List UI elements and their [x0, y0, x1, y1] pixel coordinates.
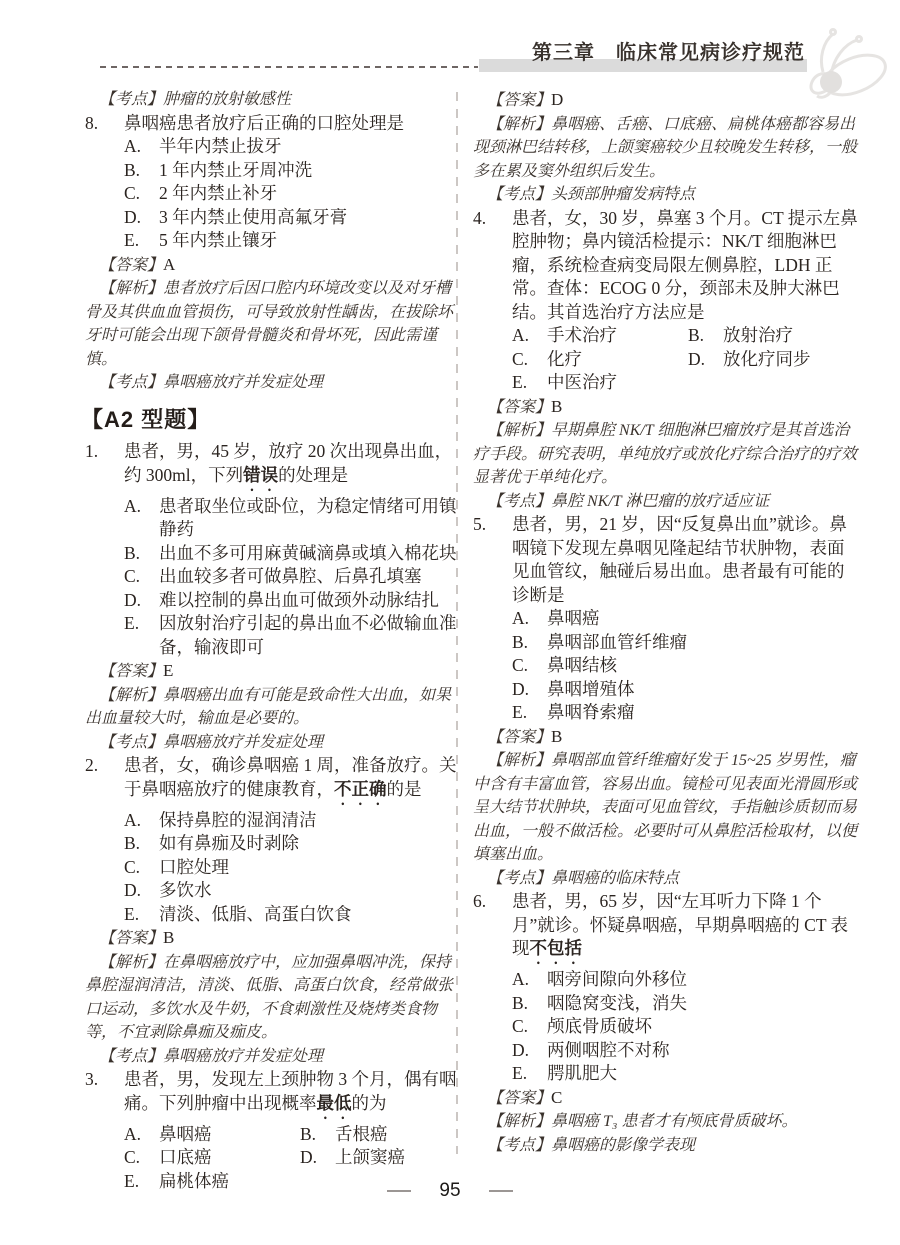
- option-letter: B.: [512, 992, 547, 1016]
- analysis-paragraph: 【解析】在鼻咽癌放疗中，应加强鼻咽冲洗，保持鼻腔湿润清洁，清淡、低脂、高蛋白饮食…: [85, 951, 457, 1045]
- question-body: 患者，男，65 岁，因“左耳听力下降 1 个月”就诊。怀疑鼻咽癌，早期鼻咽癌的 …: [512, 890, 858, 1086]
- option-text: 化疗: [547, 348, 688, 372]
- right-column: 【答案】D 【解析】鼻咽癌、舌癌、口底癌、扁桃体癌都容易出现颈淋巴结转移，上颌窦…: [473, 88, 858, 1157]
- option-a: A.患者取坐位或卧位，为稳定情绪可用镇静药: [124, 495, 457, 542]
- option-letter: E.: [124, 612, 159, 636]
- option-d: D.两侧咽腔不对称: [512, 1039, 858, 1063]
- option-text: 咽旁间隙向外移位: [547, 968, 858, 992]
- option-letter: A.: [124, 495, 159, 519]
- option-letter: C.: [124, 565, 159, 589]
- option-letter: D.: [124, 206, 159, 230]
- answer-line: 【答案】B: [473, 395, 858, 420]
- analysis-label: 【解析】: [99, 954, 163, 971]
- option-b: B.咽隐窝变浅，消失: [512, 992, 858, 1016]
- option-b: B.放射治疗: [688, 324, 858, 348]
- question-number: 1.: [85, 440, 124, 464]
- point-text: 鼻咽癌的临床特点: [551, 870, 679, 887]
- question-number: 4.: [473, 207, 512, 231]
- question-body: 鼻咽癌患者放疗后正确的口腔处理是 A.半年内禁止拔牙 B.1 年内禁止牙周冲洗 …: [124, 112, 457, 253]
- analysis-label: 【解析】: [99, 280, 163, 297]
- option-a: A.鼻咽癌: [124, 1123, 300, 1147]
- option-letter: D.: [124, 589, 159, 613]
- option-letter: A.: [512, 324, 547, 348]
- option-text: 多饮水: [159, 879, 457, 903]
- analysis-paragraph: 【解析】患者放疗后因口腔内环境改变以及对牙槽骨及其供血血管损伤，可导致放射性龋齿…: [85, 277, 457, 371]
- option-d: D.放化疗同步: [688, 348, 858, 372]
- option-a: A.咽旁间隙向外移位: [512, 968, 858, 992]
- question-body: 患者，女，确诊鼻咽癌 1 周，准备放疗。关于鼻咽癌放疗的健康教育，不正确的是 A…: [124, 754, 457, 926]
- option-b: B.如有鼻痂及时剥除: [124, 832, 457, 856]
- page-footer: 95: [0, 1180, 900, 1202]
- option-letter: B.: [124, 159, 159, 183]
- point-label: 【考点】: [487, 493, 551, 510]
- point-text: 鼻咽癌的影像学表现: [551, 1137, 695, 1154]
- option-b: B.出血不多可用麻黄碱滴鼻或填入棉花块: [124, 542, 457, 566]
- question-number: 6.: [473, 890, 512, 914]
- option-letter: B.: [124, 542, 159, 566]
- stem-emphasis: 不包括: [530, 938, 583, 958]
- option-letter: C.: [124, 856, 159, 880]
- option-text: 清淡、低脂、高蛋白饮食: [159, 903, 457, 927]
- point-label: 【考点】: [487, 870, 551, 887]
- question-number: 8.: [85, 112, 124, 136]
- question-6: 6. 患者，男，65 岁，因“左耳听力下降 1 个月”就诊。怀疑鼻咽癌，早期鼻咽…: [473, 890, 858, 1086]
- option-text: 出血不多可用麻黄碱滴鼻或填入棉花块: [159, 542, 457, 566]
- answer-label: 【答案】: [487, 92, 551, 109]
- option-letter: B.: [300, 1123, 335, 1147]
- footer-dash: [489, 1190, 513, 1192]
- question-body: 患者，男，45 岁，放疗 20 次出现鼻出血，约 300ml，下列错误的处理是 …: [124, 440, 457, 659]
- answer-line: 【答案】D: [473, 88, 858, 113]
- option-letter: B.: [688, 324, 723, 348]
- question-stem: 鼻咽癌患者放疗后正确的口腔处理是: [124, 112, 457, 136]
- answer-line: 【答案】B: [85, 926, 457, 951]
- option-e: E.5 年内禁止镶牙: [124, 229, 457, 253]
- question-5: 5. 患者，男，21 岁，因“反复鼻出血”就诊。鼻咽镜下发现左鼻咽见隆起结节状肿…: [473, 513, 858, 725]
- option-letter: C.: [512, 654, 547, 678]
- point-text: 鼻咽癌放疗并发症处理: [163, 374, 323, 391]
- point-label: 【考点】: [99, 91, 163, 108]
- question-stem: 患者，男，65 岁，因“左耳听力下降 1 个月”就诊。怀疑鼻咽癌，早期鼻咽癌的 …: [512, 890, 858, 968]
- stem-text: 患者，女，30 岁，鼻塞 3 个月。CT 提示左鼻腔肿物；鼻内镜活检提示：NK/…: [512, 208, 858, 322]
- option-c: C.出血较多者可做鼻腔、后鼻孔填塞: [124, 565, 457, 589]
- option-text: 半年内禁止拔牙: [159, 135, 457, 159]
- question-number: 5.: [473, 513, 512, 537]
- exam-point-line: 【考点】鼻咽癌的临床特点: [473, 867, 858, 891]
- option-text: 鼻咽增殖体: [547, 678, 858, 702]
- question-8: 8. 鼻咽癌患者放疗后正确的口腔处理是 A.半年内禁止拔牙 B.1 年内禁止牙周…: [85, 112, 457, 253]
- answer-label: 【答案】: [487, 399, 551, 416]
- point-label: 【考点】: [487, 186, 551, 203]
- question-stem: 患者，女，确诊鼻咽癌 1 周，准备放疗。关于鼻咽癌放疗的健康教育，不正确的是: [124, 754, 457, 809]
- question-2: 2. 患者，女，确诊鼻咽癌 1 周，准备放疗。关于鼻咽癌放疗的健康教育，不正确的…: [85, 754, 457, 926]
- question-stem: 患者，女，30 岁，鼻塞 3 个月。CT 提示左鼻腔肿物；鼻内镜活检提示：NK/…: [512, 207, 858, 325]
- analysis-text: 鼻咽癌 T₃ 患者才有颅底骨质破坏。: [551, 1113, 797, 1130]
- question-number: 3.: [85, 1068, 124, 1092]
- point-label: 【考点】: [99, 734, 163, 751]
- stem-text: 的是: [387, 779, 422, 799]
- option-a: A.鼻咽癌: [512, 607, 858, 631]
- option-letter: A.: [124, 809, 159, 833]
- stem-text: 患者，男，发现左上颈肿物 3 个月，偶有咽痛。下列肿瘤中出现概率: [124, 1069, 457, 1113]
- option-row: A.鼻咽癌 B.舌根癌: [124, 1123, 457, 1147]
- option-row: C.口底癌 D.上颌窦癌: [124, 1146, 457, 1170]
- option-text: 3 年内禁止使用高氟牙膏: [159, 206, 457, 230]
- answer-line: 【答案】A: [85, 253, 457, 278]
- answer-letter: C: [551, 1088, 562, 1107]
- option-text: 2 年内禁止补牙: [159, 182, 457, 206]
- option-d: D.多饮水: [124, 879, 457, 903]
- option-letter: D.: [512, 1039, 547, 1063]
- analysis-paragraph: 【解析】鼻咽部血管纤维瘤好发于 15~25 岁男性，瘤中含有丰富血管，容易出血。…: [473, 749, 858, 867]
- option-b: B.舌根癌: [300, 1123, 457, 1147]
- option-text: 颅底骨质破坏: [547, 1015, 858, 1039]
- answer-line: 【答案】E: [85, 659, 457, 684]
- stem-emphasis: 错误: [243, 465, 278, 485]
- point-label: 【考点】: [487, 1137, 551, 1154]
- left-column: 【考点】肿瘤的放射敏感性 8. 鼻咽癌患者放疗后正确的口腔处理是 A.半年内禁止…: [85, 88, 457, 1193]
- option-letter: C.: [124, 182, 159, 206]
- point-text: 鼻腔 NK/T 淋巴瘤的放疗适应证: [551, 493, 769, 510]
- answer-letter: E: [163, 661, 173, 680]
- question-number: 2.: [85, 754, 124, 778]
- option-d: D.上颌窦癌: [300, 1146, 457, 1170]
- answer-label: 【答案】: [99, 663, 163, 680]
- analysis-paragraph: 【解析】鼻咽癌、舌癌、口底癌、扁桃体癌都容易出现颈淋巴结转移，上颌窦癌较少且较晚…: [473, 113, 858, 184]
- stem-text: 的为: [352, 1093, 387, 1113]
- analysis-label: 【解析】: [487, 1113, 551, 1130]
- option-text: 放化疗同步: [723, 348, 858, 372]
- option-text: 鼻咽脊索瘤: [547, 701, 858, 725]
- answer-label: 【答案】: [99, 930, 163, 947]
- option-letter: E.: [512, 701, 547, 725]
- option-text: 出血较多者可做鼻腔、后鼻孔填塞: [159, 565, 457, 589]
- option-text: 鼻咽癌: [547, 607, 858, 631]
- option-text: 1 年内禁止牙周冲洗: [159, 159, 457, 183]
- option-text: 舌根癌: [335, 1123, 457, 1147]
- exam-point-line: 【考点】鼻咽癌放疗并发症处理: [85, 731, 457, 755]
- option-letter: E.: [124, 903, 159, 927]
- option-text: 两侧咽腔不对称: [547, 1039, 858, 1063]
- option-text: 中医治疗: [547, 371, 858, 395]
- option-text: 鼻咽癌: [159, 1123, 300, 1147]
- question-body: 患者，男，发现左上颈肿物 3 个月，偶有咽痛。下列肿瘤中出现概率最低的为 A.鼻…: [124, 1068, 457, 1193]
- option-letter: D.: [688, 348, 723, 372]
- option-row: A.手术治疗 B.放射治疗: [512, 324, 858, 348]
- point-label: 【考点】: [99, 1048, 163, 1065]
- option-e: E.鼻咽脊索瘤: [512, 701, 858, 725]
- analysis-label: 【解析】: [99, 687, 163, 704]
- analysis-label: 【解析】: [487, 116, 551, 133]
- option-letter: D.: [300, 1146, 335, 1170]
- answer-letter: B: [551, 397, 562, 416]
- option-letter: A.: [124, 1123, 159, 1147]
- question-body: 患者，女，30 岁，鼻塞 3 个月。CT 提示左鼻腔肿物；鼻内镜活检提示：NK/…: [512, 207, 858, 395]
- chapter-title: 第三章 临床常见病诊疗规范: [532, 36, 805, 65]
- answer-letter: D: [551, 90, 563, 109]
- option-letter: C.: [124, 1146, 159, 1170]
- exam-point-line: 【考点】鼻咽癌放疗并发症处理: [85, 371, 457, 395]
- analysis-paragraph: 【解析】鼻咽癌 T₃ 患者才有颅底骨质破坏。: [473, 1110, 858, 1134]
- option-b: B.1 年内禁止牙周冲洗: [124, 159, 457, 183]
- option-letter: A.: [124, 135, 159, 159]
- answer-line: 【答案】B: [473, 725, 858, 750]
- option-e: E.中医治疗: [512, 371, 858, 395]
- option-b: B.鼻咽部血管纤维瘤: [512, 631, 858, 655]
- option-letter: A.: [512, 607, 547, 631]
- option-text: 口底癌: [159, 1146, 300, 1170]
- option-text: 因放射治疗引起的鼻出血不必做输血准备，输液即可: [159, 612, 457, 659]
- header-dashed-line: [100, 66, 478, 68]
- answer-letter: B: [551, 727, 562, 746]
- option-text: 手术治疗: [547, 324, 688, 348]
- option-c: C.鼻咽结核: [512, 654, 858, 678]
- point-text: 肿瘤的放射敏感性: [163, 91, 291, 108]
- answer-letter: B: [163, 928, 174, 947]
- exam-point-line: 【考点】头颈部肿瘤发病特点: [473, 183, 858, 207]
- page-number: 95: [439, 1180, 460, 1202]
- analysis-label: 【解析】: [487, 752, 551, 769]
- option-e: E.腭肌肥大: [512, 1062, 858, 1086]
- option-c: C.口腔处理: [124, 856, 457, 880]
- option-letter: E.: [512, 1062, 547, 1086]
- point-text: 头颈部肿瘤发病特点: [551, 186, 695, 203]
- option-text: 腭肌肥大: [547, 1062, 858, 1086]
- question-stem: 患者，男，45 岁，放疗 20 次出现鼻出血，约 300ml，下列错误的处理是: [124, 440, 457, 495]
- option-text: 鼻咽结核: [547, 654, 858, 678]
- option-a: A.保持鼻腔的湿润清洁: [124, 809, 457, 833]
- answer-line: 【答案】C: [473, 1086, 858, 1111]
- option-letter: B.: [512, 631, 547, 655]
- stem-emphasis: 不正确: [334, 779, 387, 799]
- option-text: 5 年内禁止镶牙: [159, 229, 457, 253]
- question-stem: 患者，男，21 岁，因“反复鼻出血”就诊。鼻咽镜下发现左鼻咽见隆起结节状肿物，表…: [512, 513, 858, 607]
- option-text: 咽隐窝变浅，消失: [547, 992, 858, 1016]
- option-text: 患者取坐位或卧位，为稳定情绪可用镇静药: [159, 495, 457, 542]
- option-letter: C.: [512, 1015, 547, 1039]
- analysis-paragraph: 【解析】早期鼻腔 NK/T 细胞淋巴瘤放疗是其首选治疗手段。研究表明，单纯放疗或…: [473, 419, 858, 490]
- exam-point-line: 【考点】鼻咽癌的影像学表现: [473, 1134, 858, 1158]
- question-1: 1. 患者，男，45 岁，放疗 20 次出现鼻出血，约 300ml，下列错误的处…: [85, 440, 457, 659]
- stem-text: 鼻咽癌患者放疗后正确的口腔处理是: [124, 113, 404, 133]
- analysis-label: 【解析】: [487, 422, 551, 439]
- question-stem: 患者，男，发现左上颈肿物 3 个月，偶有咽痛。下列肿瘤中出现概率最低的为: [124, 1068, 457, 1123]
- exam-point-line: 【考点】鼻咽癌放疗并发症处理: [85, 1045, 457, 1069]
- answer-letter: A: [163, 255, 175, 274]
- point-label: 【考点】: [99, 374, 163, 391]
- analysis-paragraph: 【解析】鼻咽癌出血有可能是致命性大出血，如果出血量较大时，输血是必要的。: [85, 684, 457, 731]
- exam-point-line: 【考点】肿瘤的放射敏感性: [85, 88, 457, 112]
- option-letter: E.: [124, 229, 159, 253]
- option-a: A.手术治疗: [512, 324, 688, 348]
- option-text: 上颌窦癌: [335, 1146, 457, 1170]
- point-text: 鼻咽癌放疗并发症处理: [163, 734, 323, 751]
- option-text: 鼻咽部血管纤维瘤: [547, 631, 858, 655]
- option-letter: D.: [124, 879, 159, 903]
- stem-emphasis: 最低: [317, 1093, 352, 1113]
- option-c: C.颅底骨质破坏: [512, 1015, 858, 1039]
- question-4: 4. 患者，女，30 岁，鼻塞 3 个月。CT 提示左鼻腔肿物；鼻内镜活检提示：…: [473, 207, 858, 395]
- option-text: 难以控制的鼻出血可做颈外动脉结扎: [159, 589, 457, 613]
- option-c: C.2 年内禁止补牙: [124, 182, 457, 206]
- question-3: 3. 患者，男，发现左上颈肿物 3 个月，偶有咽痛。下列肿瘤中出现概率最低的为 …: [85, 1068, 457, 1193]
- answer-label: 【答案】: [99, 257, 163, 274]
- option-text: 如有鼻痂及时剥除: [159, 832, 457, 856]
- option-text: 放射治疗: [723, 324, 858, 348]
- option-text: 保持鼻腔的湿润清洁: [159, 809, 457, 833]
- question-body: 患者，男，21 岁，因“反复鼻出血”就诊。鼻咽镜下发现左鼻咽见隆起结节状肿物，表…: [512, 513, 858, 725]
- option-letter: E.: [512, 371, 547, 395]
- option-e: E.清淡、低脂、高蛋白饮食: [124, 903, 457, 927]
- option-d: D.难以控制的鼻出血可做颈外动脉结扎: [124, 589, 457, 613]
- option-e: E.因放射治疗引起的鼻出血不必做输血准备，输液即可: [124, 612, 457, 659]
- exam-point-line: 【考点】鼻腔 NK/T 淋巴瘤的放疗适应证: [473, 490, 858, 514]
- option-c: C.口底癌: [124, 1146, 300, 1170]
- option-letter: B.: [124, 832, 159, 856]
- stem-text: 的处理是: [278, 465, 348, 485]
- option-letter: C.: [512, 348, 547, 372]
- book-page: 第三章 临床常见病诊疗规范 【考点】肿瘤的放射敏感性 8. 鼻咽癌患者放疗后正确…: [0, 0, 900, 1245]
- option-letter: D.: [512, 678, 547, 702]
- answer-label: 【答案】: [487, 1090, 551, 1107]
- answer-label: 【答案】: [487, 729, 551, 746]
- option-row: C.化疗 D.放化疗同步: [512, 348, 858, 372]
- option-d: D.3 年内禁止使用高氟牙膏: [124, 206, 457, 230]
- stem-text: 患者，男，21 岁，因“反复鼻出血”就诊。鼻咽镜下发现左鼻咽见隆起结节状肿物，表…: [512, 514, 847, 605]
- section-header-a2: 【A2 型题】: [81, 408, 457, 432]
- footer-dash: [387, 1190, 411, 1192]
- option-d: D.鼻咽增殖体: [512, 678, 858, 702]
- option-text: 口腔处理: [159, 856, 457, 880]
- option-c: C.化疗: [512, 348, 688, 372]
- option-letter: A.: [512, 968, 547, 992]
- point-text: 鼻咽癌放疗并发症处理: [163, 1048, 323, 1065]
- option-a: A.半年内禁止拔牙: [124, 135, 457, 159]
